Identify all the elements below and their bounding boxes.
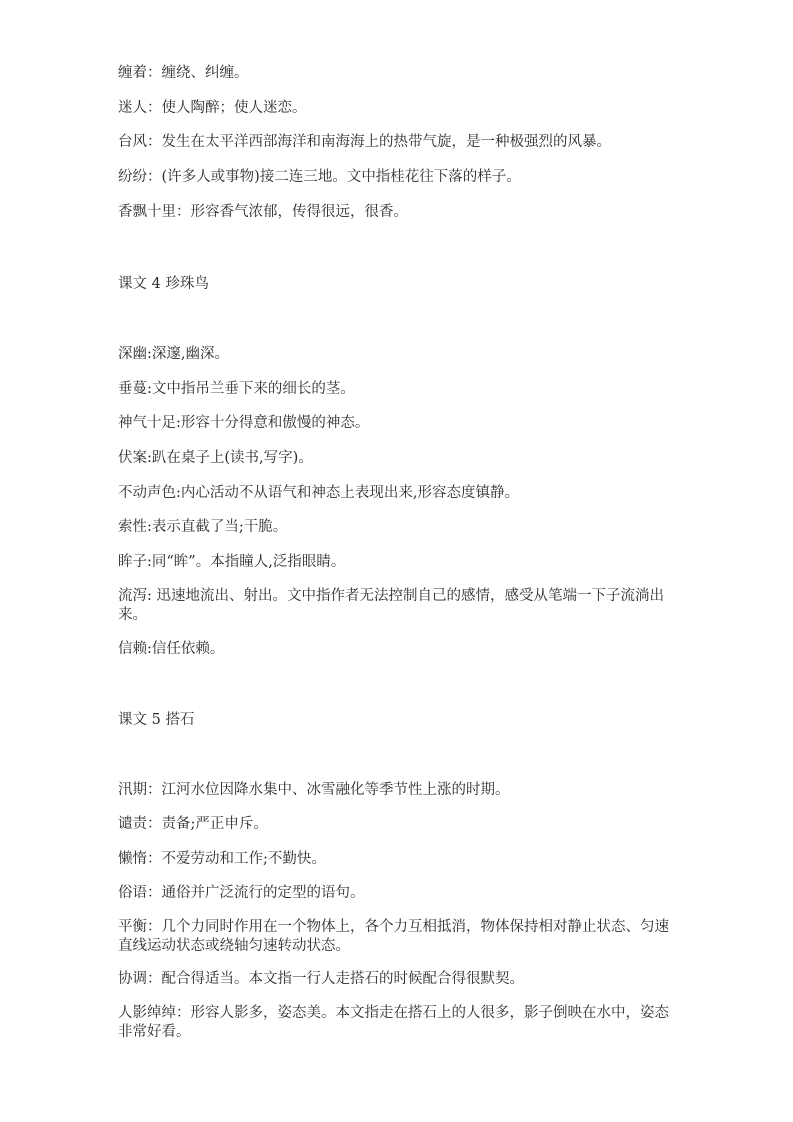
definition-entry: 垂蔓:文中指吊兰垂下来的细长的茎。 [118,380,355,399]
definition-entry: 俗语：通俗并广泛流行的定型的语句。 [118,884,365,903]
definition-entry: 纷纷：(许多人或事物)接二连三地。文中指桂花往下落的样子。 [118,168,521,187]
definition-entry: 流泻: 迅速地流出、射出。文中指作者无法控制自己的感情，感受从笔端一下子流淌出来… [118,587,678,625]
definition-entry: 懒惰：不爱劳动和工作;不勤快。 [118,850,326,869]
definition-entry: 神气十足:形容十分得意和傲慢的神态。 [118,414,369,433]
definition-entry: 索性:表示直截了当;干脆。 [118,518,287,537]
definition-entry: 香飘十里：形容香气浓郁，传得很远，很香。 [118,203,408,222]
definition-entry: 汛期：江河水位因降水集中、冰雪融化等季节性上涨的时期。 [118,781,510,800]
definition-entry: 谴责：责备;严正申斥。 [118,815,268,834]
definition-entry: 缠着：缠绕、纠缠。 [118,64,249,83]
definition-entry: 迷人：使人陶醉；使人迷恋。 [118,99,307,118]
definition-entry: 台风：发生在太平洋西部海洋和南海海上的热带气旋，是一种极强烈的风暴。 [118,133,611,152]
definition-entry: 眸子:同“眸”。本指瞳人,泛指眼睛。 [118,553,345,572]
definition-entry: 协调：配合得适当。本文指一行人走搭石的时候配合得很默契。 [118,970,524,989]
definition-entry: 信赖:信任依赖。 [118,640,224,659]
section-heading: 课文 4 珍珠鸟 [118,275,209,294]
section-heading: 课文 5 搭石 [118,711,194,730]
definition-entry: 平衡：几个力同时作用在一个物体上，各个力互相抵消，物体保持相对静止状态、匀速直线… [118,918,678,956]
definition-entry: 深幽:深邃,幽深。 [118,345,229,364]
definition-entry: 伏案:趴在桌子上(读书,写字)。 [118,449,313,468]
definition-entry: 人影绰绰：形容人影多，姿态美。本文指走在搭石上的人很多，影子倒映在水中，姿态非常… [118,1004,678,1042]
definition-entry: 不动声色:内心活动不从语气和神态上表现出来,形容态度镇静。 [118,484,519,503]
